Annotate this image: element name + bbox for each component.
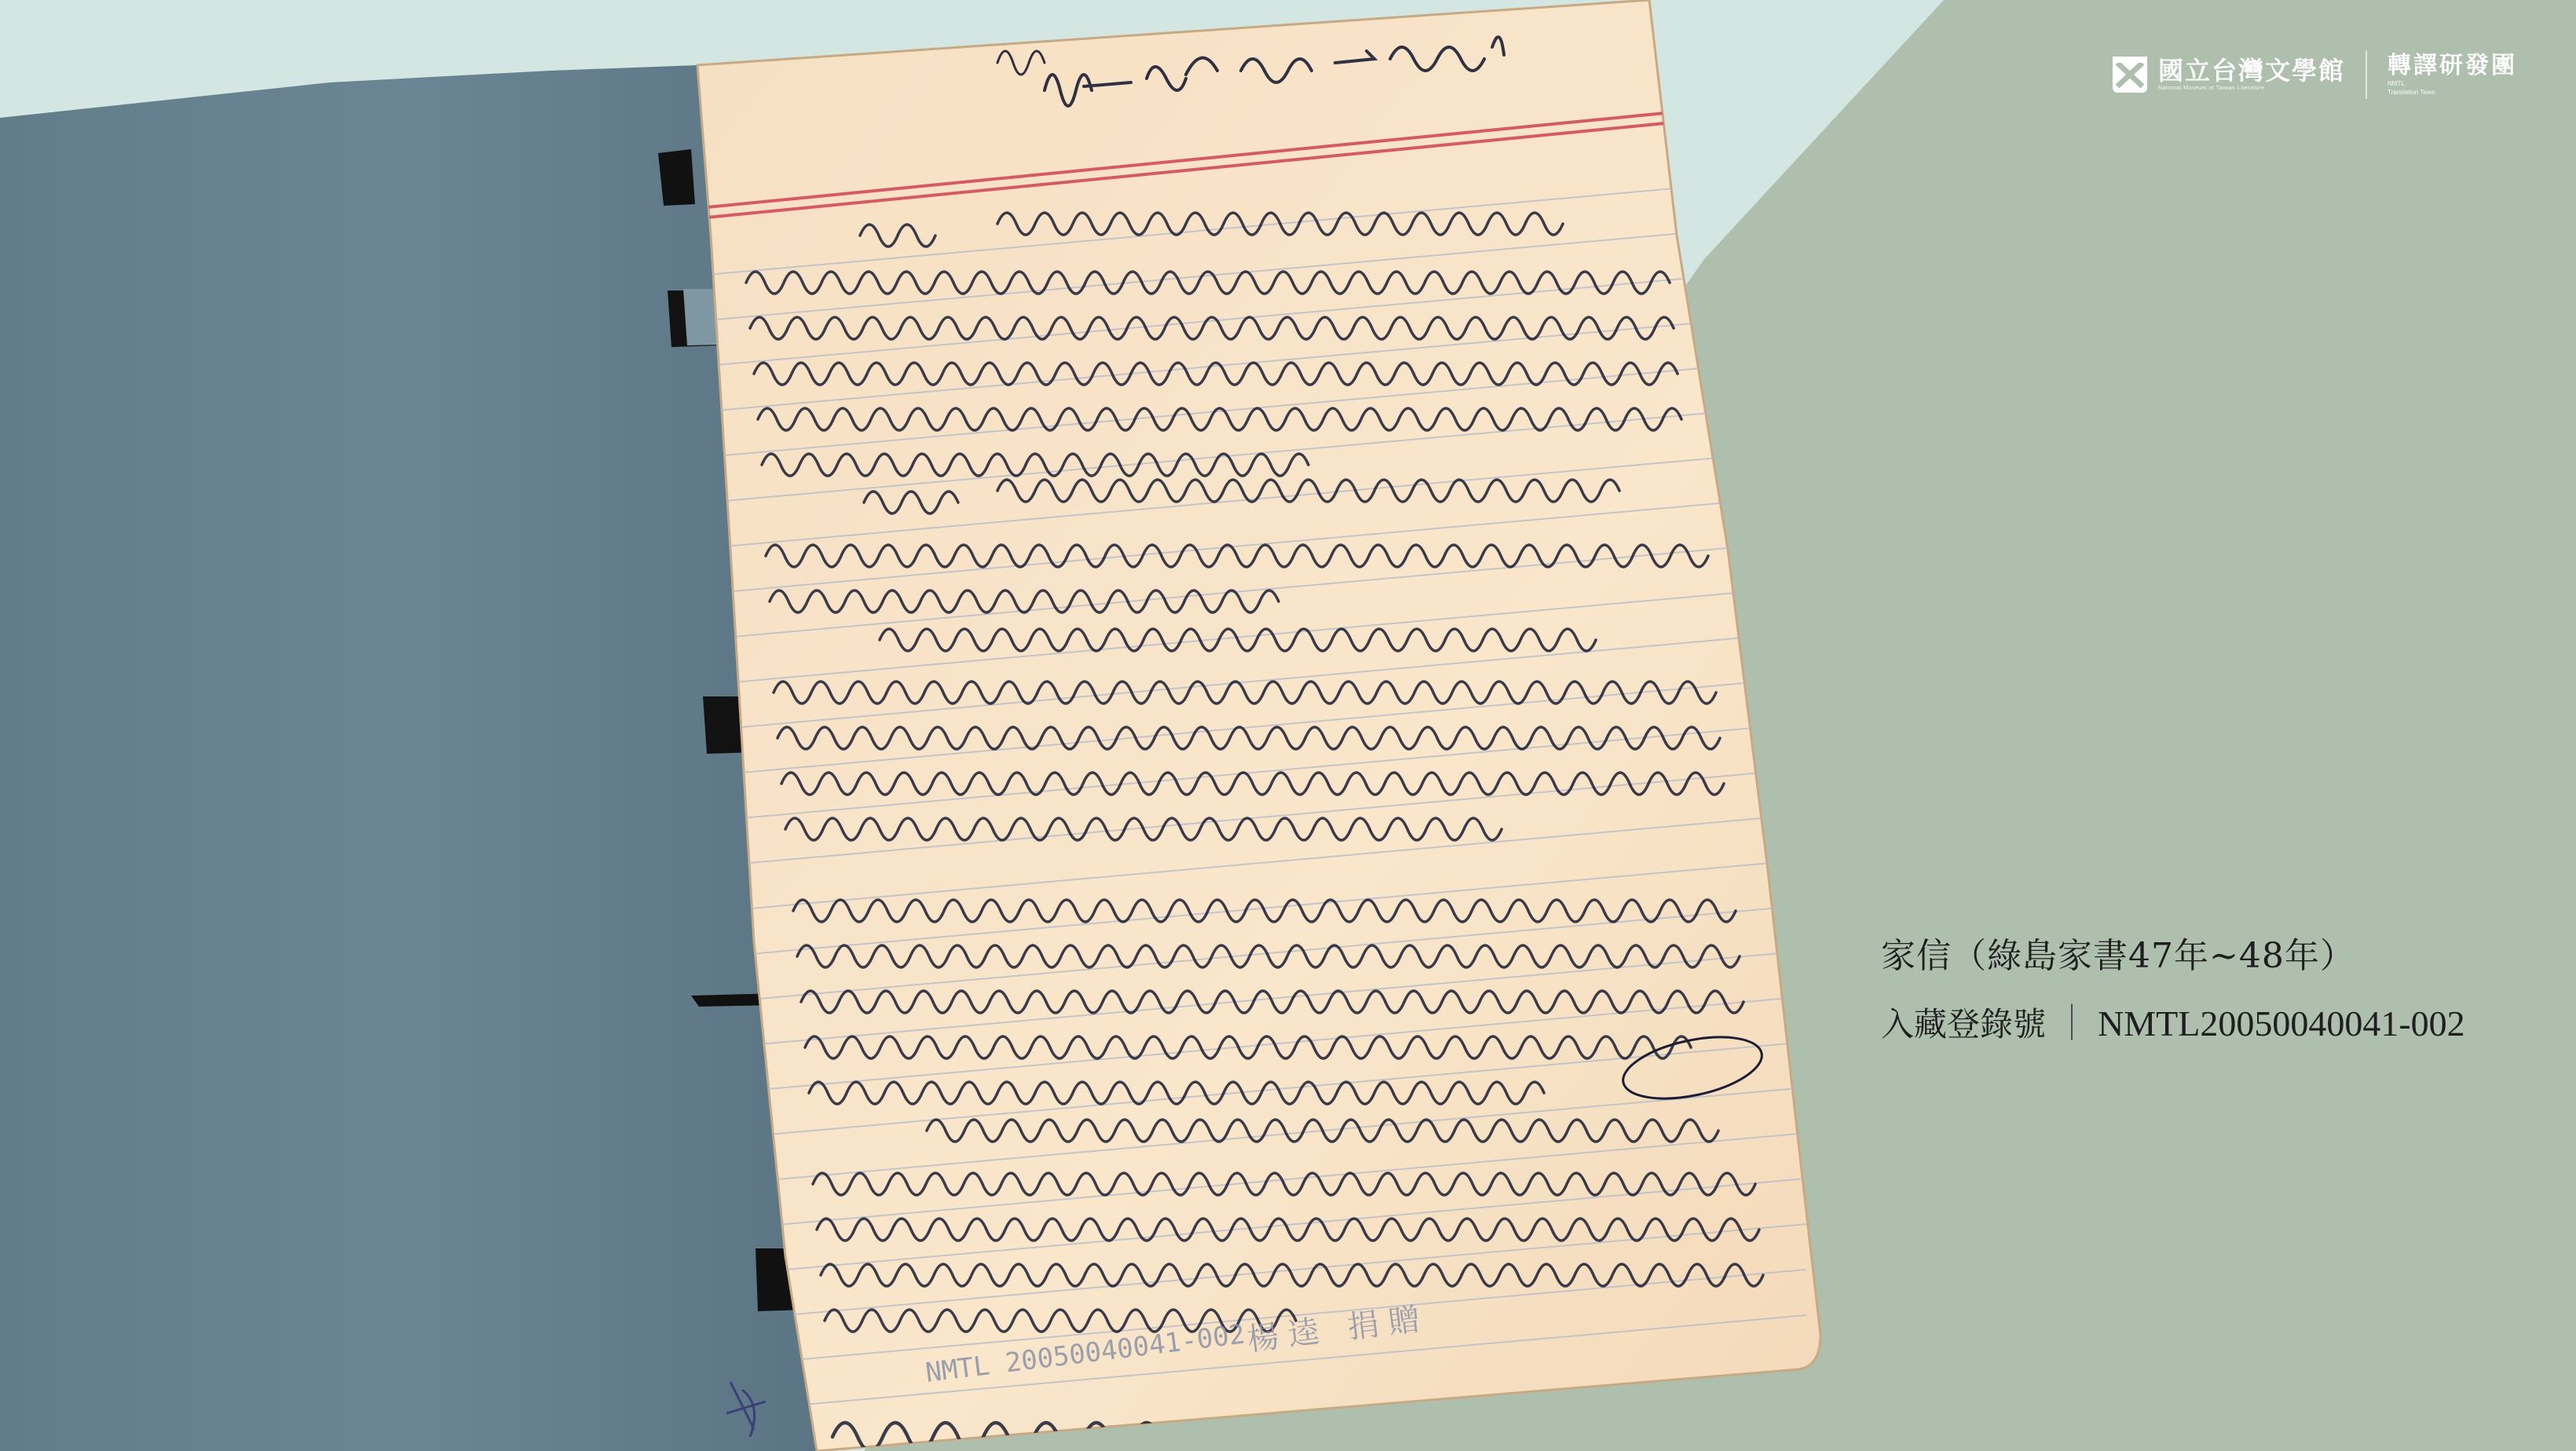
nmtl-logo-icon [2113,57,2147,93]
notebook-page [697,0,1820,1451]
notebook-cover [0,65,817,1451]
artifact-caption: 家信（綠島家書47年~48年） 入藏登錄號｜NMTL20050040041-00… [1881,934,2465,1047]
translation-team-title: 轉譯研發團 [2388,53,2517,79]
translation-team-logo[interactable]: 轉譯研發團 NMTL Translation Team [2388,53,2517,97]
nmtl-logo[interactable]: 國立台灣文學館 National Museum of Taiwan Litera… [2113,57,2345,93]
translation-team-sub-1: NMTL [2388,79,2517,88]
artifact-title: 家信（綠島家書47年~48年） [1881,934,2465,978]
accession-number: NMTL20050040041-002 [2098,1003,2465,1043]
nmtl-logo-english: National Museum of Taiwan Literature [2158,85,2345,93]
accession-label: 入藏登錄號 [1881,1005,2046,1043]
accession-separator: ｜ [2054,1003,2090,1043]
notebook-photo: NMTL 20050040041-002 楊逵 捐贈 [0,0,2576,1451]
accession-line: 入藏登錄號｜NMTL20050040041-002 [1881,1002,2465,1047]
nmtl-logo-title: 國立台灣文學館 [2158,57,2345,85]
translation-team-sub-2: Translation Team [2388,88,2517,97]
logo-divider [2366,50,2367,99]
header-logos: 國立台灣文學館 National Museum of Taiwan Litera… [2113,49,2517,101]
